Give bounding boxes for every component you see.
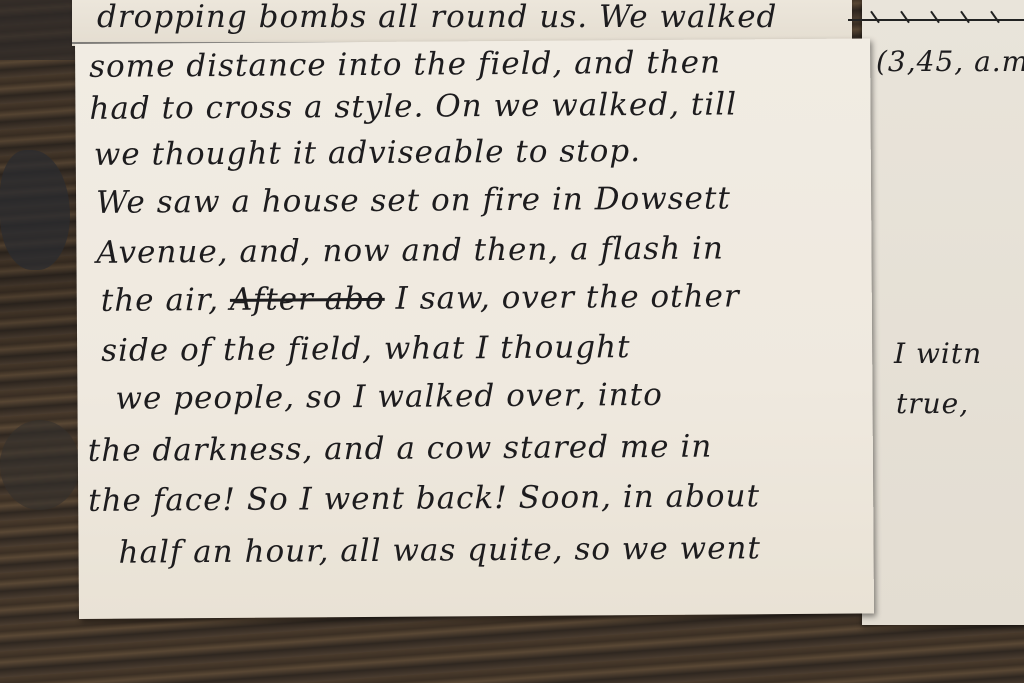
line-text: I saw, over the other [385, 278, 740, 316]
handwritten-line: side of the field, what I thought [101, 332, 631, 367]
rule-tick [870, 11, 880, 24]
handwritten-line: half an hour, all was quite, so we went [118, 533, 761, 568]
handwritten-line: some distance into the field, and then [89, 47, 721, 82]
wood-knot [0, 0, 75, 60]
handwritten-line: we people, so I walked over, into [115, 380, 663, 415]
handwritten-line: we thought it adviseable to stop. [94, 136, 642, 171]
handwritten-line: the air, After abo I saw, over the other [101, 281, 740, 316]
handwritten-line: the darkness, and a cow stared me in [88, 432, 713, 467]
handwritten-line: Avenue, and, now and then, a flash in [96, 233, 724, 268]
rule-tick [930, 11, 940, 24]
wood-knot [0, 150, 70, 270]
handwritten-line: We saw a house set on fire in Dowsett [96, 183, 731, 218]
handwritten-line: had to cross a style. On we walked, till [89, 89, 737, 125]
handwritten-line: (3,45, a.m [876, 48, 1024, 76]
wood-knot [0, 420, 80, 510]
rule-tick [960, 11, 970, 24]
handwritten-line: the face! So I went back! Soon, in about [88, 481, 760, 517]
letter-page-right: (3,45, a.m I witn true, [862, 0, 1024, 625]
handwritten-line: I witn [894, 340, 982, 368]
rule-tick [900, 11, 910, 24]
handwritten-line: true, [896, 390, 969, 418]
letter-page-left: some distance into the field, and then h… [75, 38, 874, 619]
handwritten-line: dropping bombs all round us. We walked [97, 2, 777, 33]
line-text: the air, [101, 282, 230, 319]
struck-out-text: After abo [230, 281, 385, 318]
rule-tick [990, 11, 1000, 24]
